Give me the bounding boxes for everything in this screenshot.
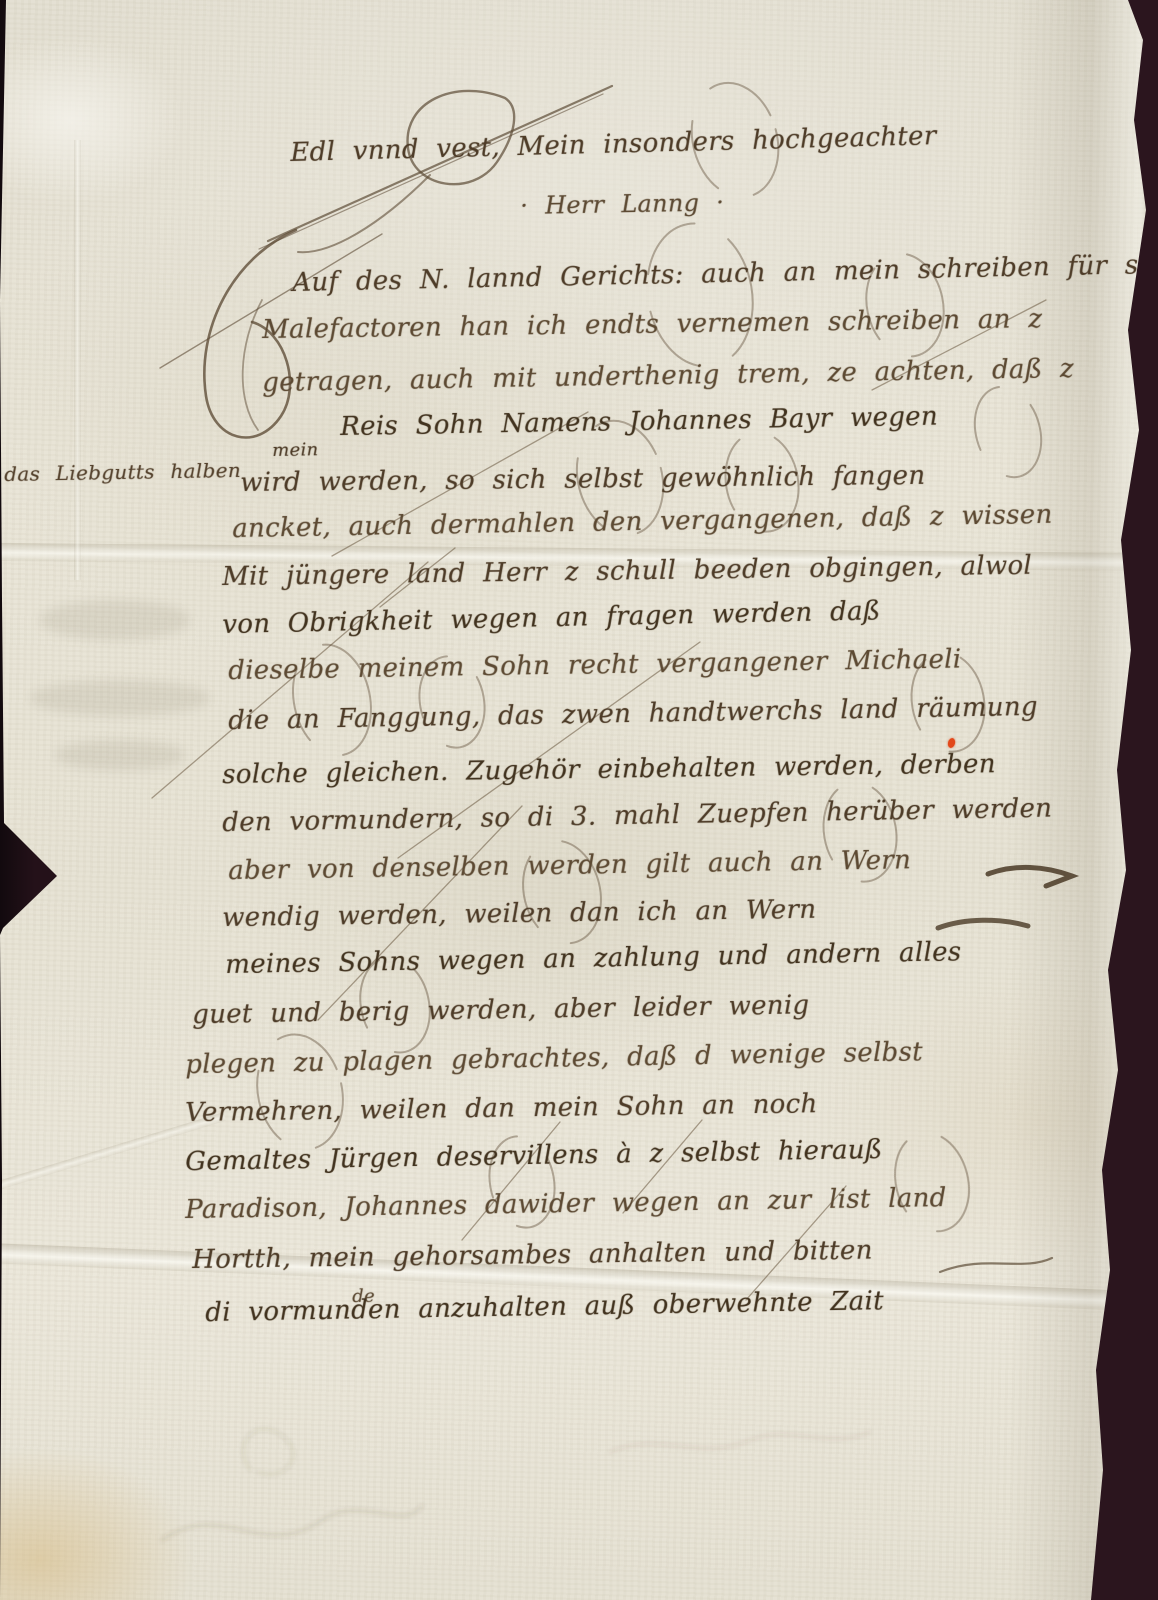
manuscript-line: di vormunden anzuhalten auß oberwehnte Z… bbox=[205, 1286, 884, 1328]
heading-line-2: · Herr Lanng · bbox=[520, 188, 724, 220]
manuscript-line: den vormundern, so di 3. mahl Zuepfen he… bbox=[222, 794, 1052, 838]
paper-sheet: Edl vnnd vest, Mein insonders hochgeacht… bbox=[0, 0, 1158, 1600]
photo-background: Edl vnnd vest, Mein insonders hochgeacht… bbox=[0, 0, 1158, 1600]
margin-note: das Liebgutts halben bbox=[4, 458, 241, 486]
manuscript-line: getragen, auch mit underthenig trem, ze … bbox=[262, 354, 1074, 398]
manuscript-line: die an Fanggung, das zwen handtwerchs la… bbox=[228, 692, 1038, 736]
manuscript-line: Mit jüngere land Herr z schull beeden ob… bbox=[222, 551, 1032, 592]
manuscript-line: guet und berig werden, aber leider wenig bbox=[192, 990, 810, 1030]
manuscript-line: wird werden, so sich selbst gewöhnlich f… bbox=[240, 461, 926, 498]
fold-crease-vertical bbox=[74, 140, 81, 580]
manuscript-line: aber von denselben werden gilt auch an W… bbox=[228, 845, 911, 886]
manuscript-word-mein: mein bbox=[272, 439, 319, 461]
manuscript-line: Gemaltes Jürgen deservillens à z selbst … bbox=[185, 1135, 883, 1177]
manuscript-line: von Obrigkheit wegen an fragen werden da… bbox=[222, 596, 881, 640]
manuscript-line: Paradison, Johannes dawider wegen an zur… bbox=[185, 1183, 947, 1225]
manuscript-line: Malefactoren han ich endts vernemen schr… bbox=[262, 304, 1042, 345]
manuscript-line: solche gleichen. Zugehör einbehalten wer… bbox=[222, 749, 996, 790]
heading-line-1: Edl vnnd vest, Mein insonders hochgeacht… bbox=[290, 121, 937, 168]
manuscript-line: Vermehren, weilen dan mein Sohn an noch bbox=[185, 1089, 818, 1128]
show-through-smudge bbox=[30, 680, 210, 716]
show-through-smudge bbox=[55, 740, 185, 770]
manuscript-line: plegen zu plagen gebrachtes, daß d wenig… bbox=[185, 1037, 923, 1080]
manuscript-line: wendig werden, weilen dan ich an Wern bbox=[222, 895, 816, 933]
show-through-smudge bbox=[40, 600, 190, 640]
manuscript-line: meines Sohns wegen an zahlung und andern… bbox=[225, 937, 962, 980]
manuscript-line: Hortth, mein gehorsambes anhalten und bi… bbox=[192, 1235, 873, 1274]
manuscript-line: ancket, auch dermahlen den vergangenen, … bbox=[232, 500, 1053, 544]
manuscript-line: dieselbe meinem Sohn recht vergangener M… bbox=[228, 644, 962, 686]
manuscript-line: Reis Sohn Namens Johannes Bayr wegen bbox=[340, 402, 938, 442]
red-ink-fleck bbox=[947, 737, 956, 748]
